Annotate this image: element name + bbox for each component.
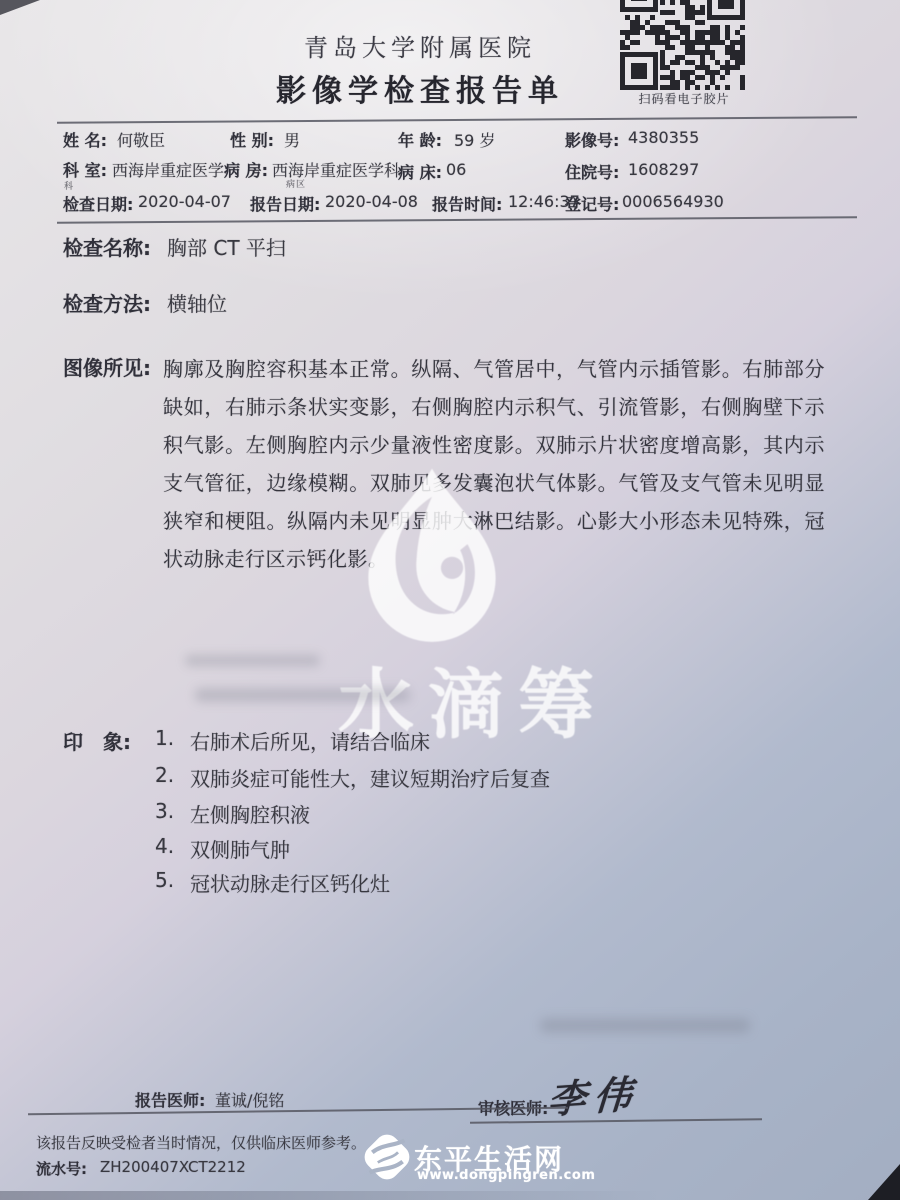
dept-label: 科 室: <box>63 158 107 181</box>
exam-date-value: 2020-04-07 <box>138 192 231 211</box>
exam-date-label: 检查日期: <box>63 192 133 215</box>
impression-item-num: 1. <box>155 726 174 750</box>
rule-under-title <box>57 116 857 124</box>
report-time-label: 报告时间: <box>432 192 502 215</box>
sex-value: 男 <box>284 128 300 151</box>
serial-value: ZH200407XCT2212 <box>100 1158 246 1176</box>
report-photo: 青岛大学附属医院 影像学检查报告单 扫码看电子胶片 姓 名: 何敬臣 性 别: … <box>0 0 900 1200</box>
dept-wrap-text: 科 <box>64 179 74 192</box>
findings-label: 图像所见: <box>63 352 151 381</box>
report-date-label: 报告日期: <box>250 192 320 215</box>
site-logo-icon <box>364 1134 410 1180</box>
dept-value: 西海岸重症医学 <box>112 158 224 181</box>
register-label: 登记号: <box>565 192 619 215</box>
rule-under-info <box>57 216 857 224</box>
age-value: 59 岁 <box>454 128 495 151</box>
impression-label: 印 象: <box>63 726 131 755</box>
impression-item-text: 左侧胸腔积液 <box>190 799 310 828</box>
bed-value: 06 <box>446 160 466 179</box>
exam-name-label: 检查名称: <box>63 232 151 261</box>
photo-corner-shadow-bottom-right <box>868 1164 900 1200</box>
qr-finder-top-right-cropped <box>707 0 745 20</box>
impression-item-num: 2. <box>155 763 174 787</box>
age-label: 年 龄: <box>398 128 442 151</box>
impression-item-text: 双侧肺气肿 <box>190 834 290 863</box>
ghost-smudge <box>540 1018 750 1033</box>
impression-item-text: 双肺炎症可能性大，建议短期治疗后复查 <box>190 763 550 792</box>
impression-item-text: 右肺术后所见，请结合临床 <box>190 726 430 755</box>
exam-method-value: 横轴位 <box>167 288 227 317</box>
qr-caption: 扫码看电子胶片 <box>614 90 754 107</box>
impression-item-num: 5. <box>155 868 174 892</box>
impression-item-num: 4. <box>155 834 174 858</box>
ward-label: 病 房: <box>224 158 268 181</box>
report-doctor-label: 报告医师: <box>135 1088 205 1111</box>
exam-name-value: 胸部 CT 平扫 <box>167 232 286 261</box>
ghost-smudge <box>185 655 320 666</box>
report-doctor-value: 董诚/倪铭 <box>215 1088 284 1111</box>
watermark-drop-icon <box>358 464 506 648</box>
photo-bottom-edge-shadow <box>0 1191 660 1200</box>
impression-item-num: 3. <box>155 799 174 823</box>
qr-code <box>620 0 745 90</box>
serial-label: 流水号: <box>36 1158 87 1179</box>
image-no-value: 4380355 <box>628 128 699 147</box>
sex-label: 性 别: <box>230 128 274 151</box>
impression-item-text: 冠状动脉走行区钙化灶 <box>190 868 390 897</box>
bed-label: 病 床: <box>398 160 442 183</box>
exam-method-label: 检查方法: <box>63 288 151 317</box>
register-value: 0006564930 <box>622 192 724 211</box>
ghost-smudge <box>195 688 410 702</box>
qr-finder-bottom-left <box>620 52 658 90</box>
disclaimer-text: 该报告反映受检者当时情况，仅供临床医师参考。 <box>36 1132 366 1153</box>
name-label: 姓 名: <box>63 128 107 151</box>
admission-label: 住院号: <box>565 160 619 183</box>
image-no-label: 影像号: <box>565 128 619 151</box>
qr-finder-top-left-cropped <box>620 0 658 12</box>
name-value: 何敬臣 <box>117 128 165 151</box>
photo-corner-shadow-top-left <box>0 0 40 15</box>
report-date-value: 2020-04-08 <box>325 192 418 211</box>
review-doctor-signature: 李伟 <box>546 1063 642 1125</box>
site-logo-url: www.dongpingren.com <box>417 1168 595 1183</box>
admission-value: 1608297 <box>628 160 699 179</box>
ward-wrap-text: 病区 <box>286 177 306 190</box>
